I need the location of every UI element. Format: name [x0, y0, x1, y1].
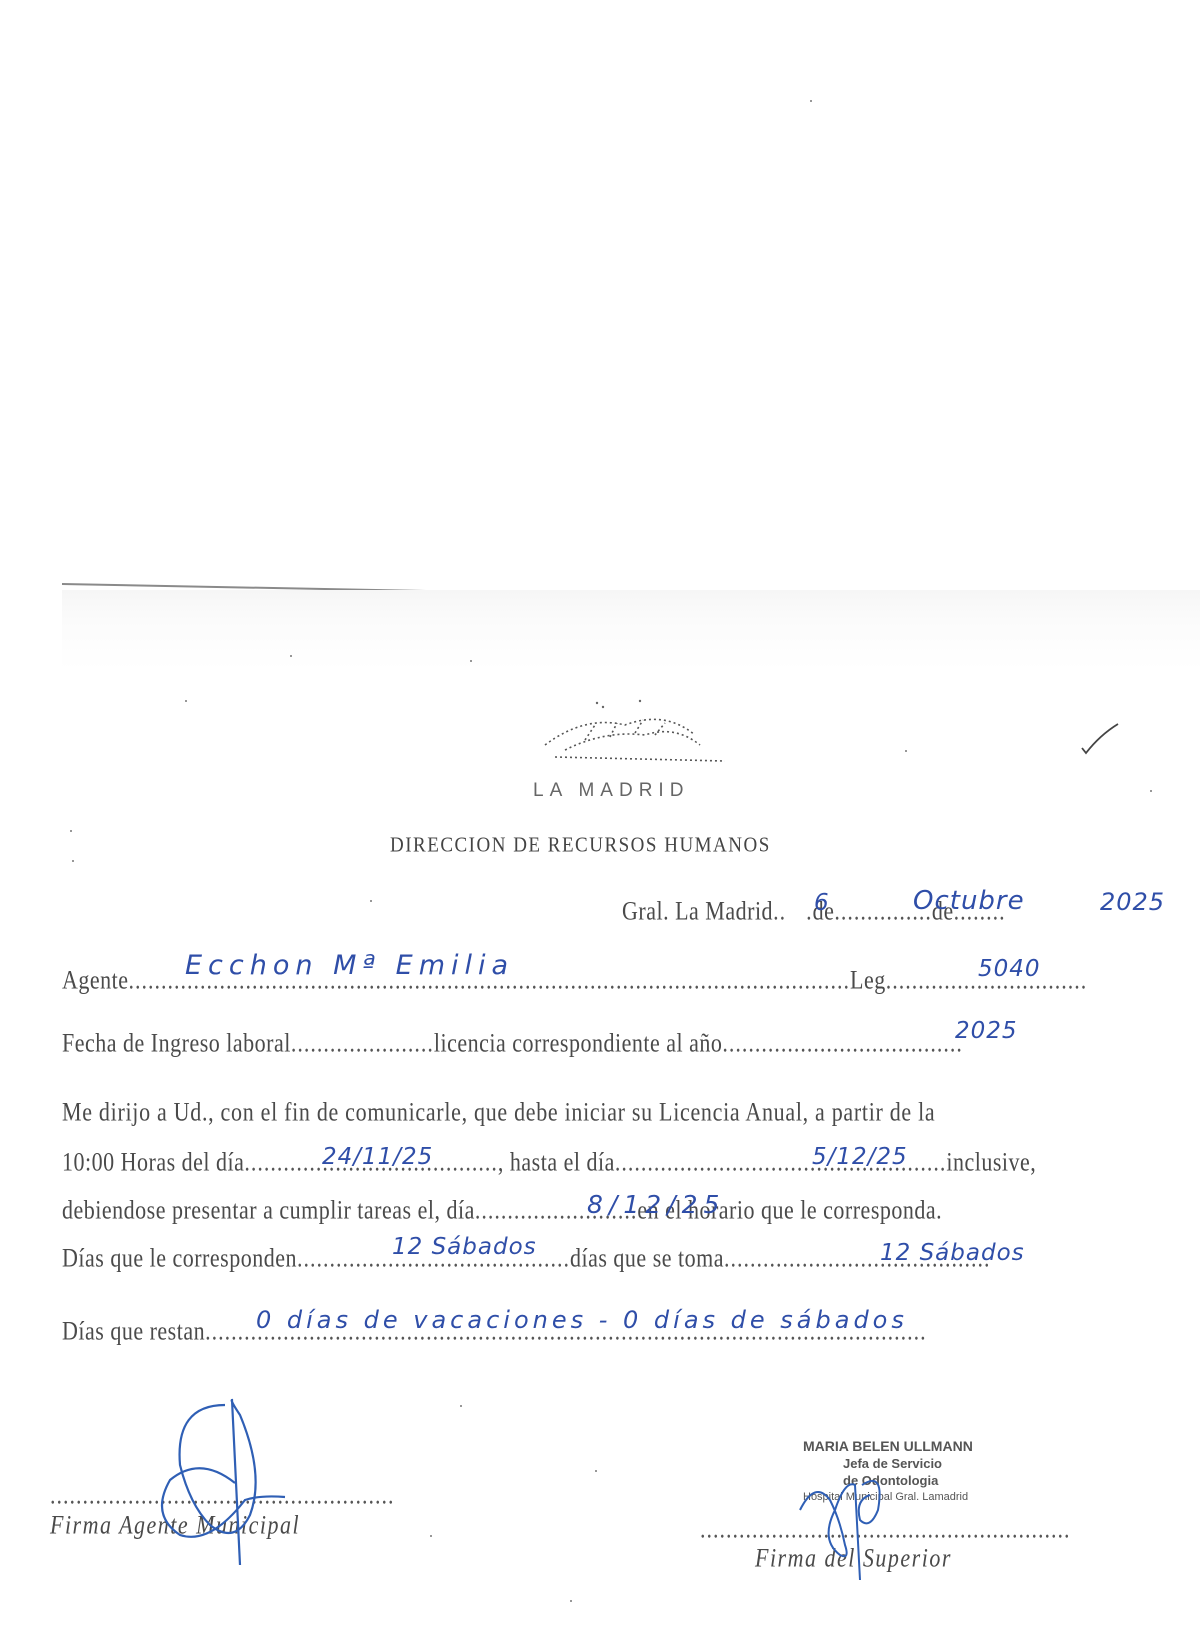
superior-stamp: MARIA BELEN ULLMANN Jefa de Servicio de …: [803, 1438, 973, 1506]
superior-signature-line: ........................................…: [700, 1514, 1071, 1545]
return-label: debiendose presentar a cumplir tareas el…: [62, 1195, 475, 1225]
dias-restan-value: 0 días de vacaciones - 0 días de sábados: [256, 1306, 908, 1334]
end-date-value: 5/12/25: [812, 1144, 908, 1170]
scan-speck: [185, 700, 187, 702]
licencia-year-value: 2025: [955, 1018, 1018, 1044]
return-date-value: 8/12/25: [587, 1190, 725, 1219]
stamp-name: MARIA BELEN ULLMANN: [803, 1438, 973, 1455]
scan-speck: [1150, 790, 1152, 792]
superior-signature-label: Firma del Superior: [755, 1543, 952, 1574]
checkmark-icon: [1080, 720, 1120, 756]
scan-speck: [570, 1600, 572, 1602]
stamp-role: Jefa de Servicio: [803, 1455, 973, 1472]
scan-speck: [72, 860, 74, 862]
dias-corresponden-value: 12 Sábados: [392, 1234, 537, 1260]
leg-label: Leg: [850, 965, 886, 995]
scan-speck: [370, 900, 372, 902]
scan-speck: [905, 750, 907, 752]
licencia-year-label: licencia correspondiente al año: [434, 1028, 723, 1058]
scan-speck: [460, 1405, 462, 1407]
date-month-value: Octubre: [913, 886, 1025, 916]
department-heading: DIRECCION DE RECURSOS HUMANOS: [390, 834, 771, 858]
scan-speck: [595, 1470, 597, 1472]
agent-signature-label: Firma Agente Municipal: [50, 1510, 300, 1541]
date-day-value: 6: [814, 890, 830, 916]
leg-number-value: 5040: [978, 956, 1041, 982]
agente-name-value: Ecchon Mª Emilia: [185, 950, 514, 981]
start-time-label: 10:00 Horas del día: [62, 1147, 244, 1177]
scan-speck: [70, 830, 72, 832]
inclusive-label: inclusive,: [946, 1147, 1036, 1177]
scan-speck: [430, 1535, 432, 1537]
logo-wordmark: LA MADRID: [533, 780, 689, 802]
fecha-ingreso-label: Fecha de Ingreso laboral: [62, 1028, 291, 1058]
place-label: Gral. La Madrid: [622, 896, 773, 926]
dias-restan-label: Días que restan: [62, 1316, 205, 1346]
body-line-3: debiendose presentar a cumplir tareas el…: [62, 1195, 942, 1226]
scan-speck: [470, 660, 472, 662]
start-date-value: 24/11/25: [322, 1144, 433, 1170]
dias-toma-value: 12 Sábados: [880, 1240, 1025, 1266]
dias-corresponden-label: Días que le corresponden: [62, 1243, 297, 1273]
date-year-value: 2025: [1100, 888, 1165, 916]
agente-label: Agente: [62, 965, 129, 995]
scan-speck: [290, 655, 292, 657]
municipal-logo-icon: [525, 695, 735, 765]
dias-toma-label: días que se toma: [570, 1243, 724, 1273]
body-line-1: Me dirijo a Ud., con el fin de comunicar…: [62, 1097, 935, 1128]
stamp-service: de Odontologia: [803, 1472, 973, 1489]
stamp-institution: Hospital Municipal Gral. Lamadrid: [803, 1489, 973, 1506]
until-label: , hasta el día: [498, 1147, 615, 1177]
agent-signature-line: ........................................…: [50, 1480, 395, 1511]
fecha-ingreso-line: Fecha de Ingreso laboral................…: [62, 1028, 963, 1059]
scan-speck: [810, 100, 812, 102]
